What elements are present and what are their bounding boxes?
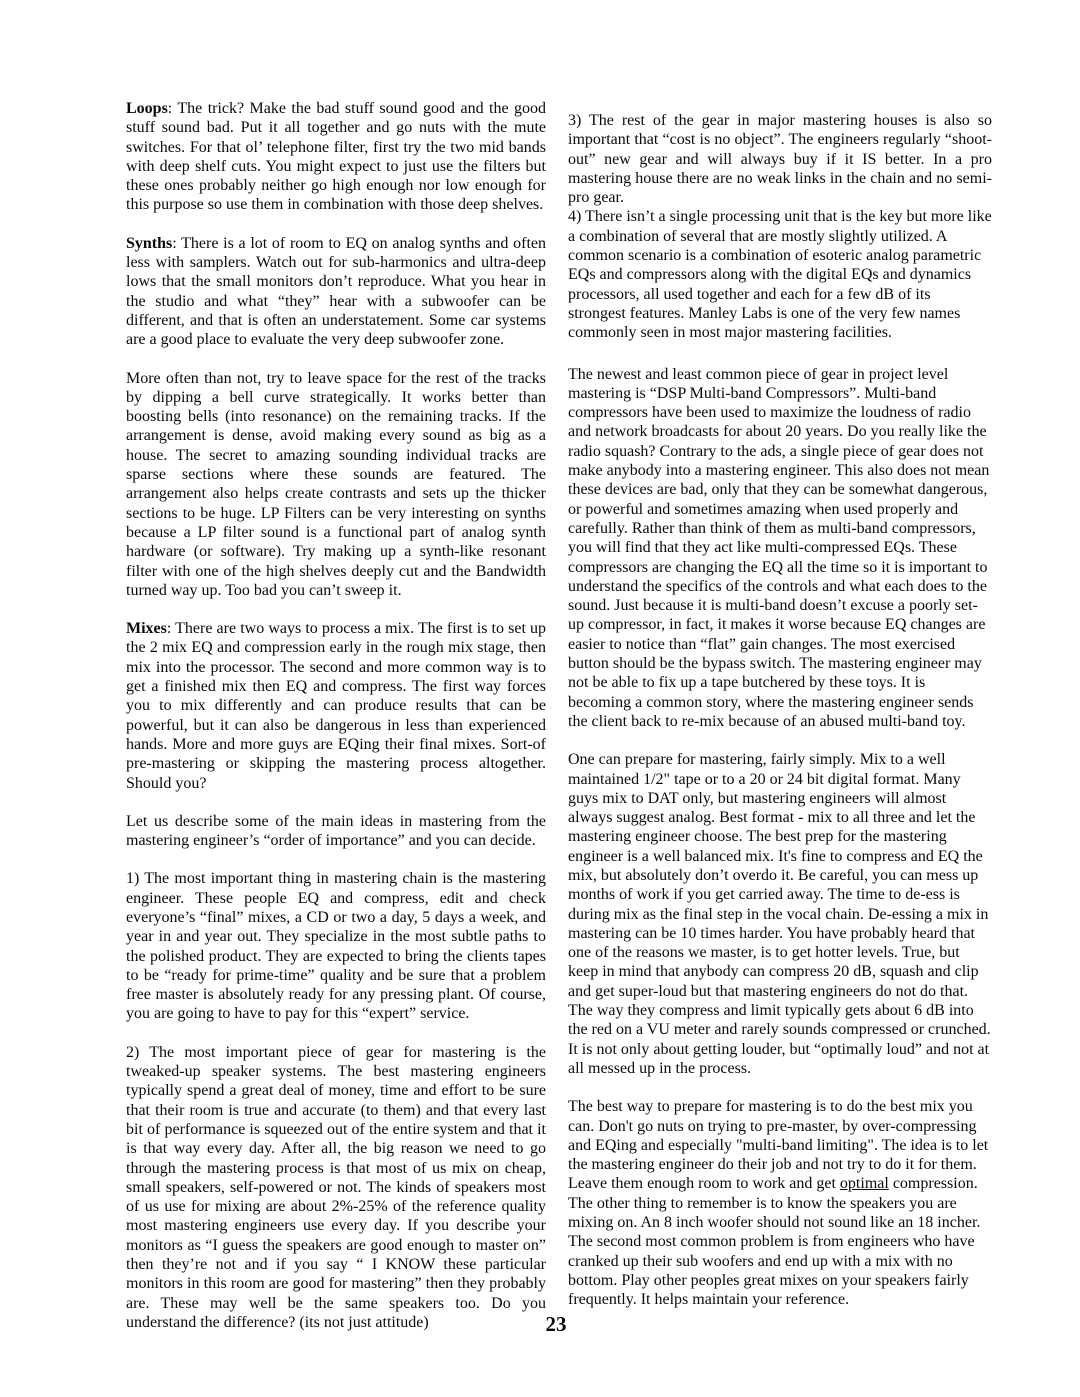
paragraph-point-3-text: 3) The rest of the gear in major masteri… <box>568 112 992 206</box>
paragraph-point-1: 1) The most important thing in mastering… <box>126 869 546 1023</box>
paragraph-prepare-text: One can prepare for mastering, fairly si… <box>568 751 991 1077</box>
paragraph-mixes-lead: Mixes <box>126 620 167 637</box>
paragraph-best-way-after: compression. The other thing to remember… <box>568 1175 980 1308</box>
paragraph-point-4-text: 4) There isn’t a single processing unit … <box>568 208 992 341</box>
paragraph-let-us-describe-text: Let us describe some of the main ideas i… <box>126 813 546 849</box>
paragraph-loops-text: : The trick? Make the bad stuff sound go… <box>126 100 546 213</box>
page-number: 23 <box>126 1312 986 1336</box>
left-column: Loops: The trick? Make the bad stuff sou… <box>126 99 546 1332</box>
paragraph-let-us-describe: Let us describe some of the main ideas i… <box>126 812 546 851</box>
document-page: Loops: The trick? Make the bad stuff sou… <box>0 0 1080 1397</box>
paragraph-synths-lead: Synths <box>126 235 172 252</box>
paragraph-loops-lead: Loops <box>126 100 168 117</box>
paragraph-point-1-text: 1) The most important thing in mastering… <box>126 870 546 1022</box>
paragraph-point-2: 2) The most important piece of gear for … <box>126 1043 546 1332</box>
paragraph-mixes: Mixes: There are two ways to process a m… <box>126 619 546 793</box>
paragraph-multiband: The newest and least common piece of gea… <box>568 365 992 732</box>
paragraph-more-often-text: More often than not, try to leave space … <box>126 370 546 599</box>
paragraph-best-way-underlined-word: optimal <box>840 1175 889 1192</box>
right-column: 3) The rest of the gear in major masteri… <box>568 111 992 1310</box>
paragraph-synths-text: : There is a lot of room to EQ on analog… <box>126 235 546 348</box>
paragraph-point-3: 3) The rest of the gear in major masteri… <box>568 111 992 207</box>
paragraph-prepare: One can prepare for mastering, fairly si… <box>568 750 992 1078</box>
paragraph-best-way: The best way to prepare for mastering is… <box>568 1097 992 1309</box>
paragraph-synths: Synths: There is a lot of room to EQ on … <box>126 234 546 350</box>
paragraph-multiband-text: The newest and least common piece of gea… <box>568 366 989 730</box>
paragraph-more-often: More often than not, try to leave space … <box>126 369 546 601</box>
paragraph-loops: Loops: The trick? Make the bad stuff sou… <box>126 99 546 215</box>
paragraph-mixes-text: : There are two ways to process a mix. T… <box>126 620 546 791</box>
paragraph-point-2-text: 2) The most important piece of gear for … <box>126 1044 546 1331</box>
paragraph-point-4: 4) There isn’t a single processing unit … <box>568 207 992 342</box>
